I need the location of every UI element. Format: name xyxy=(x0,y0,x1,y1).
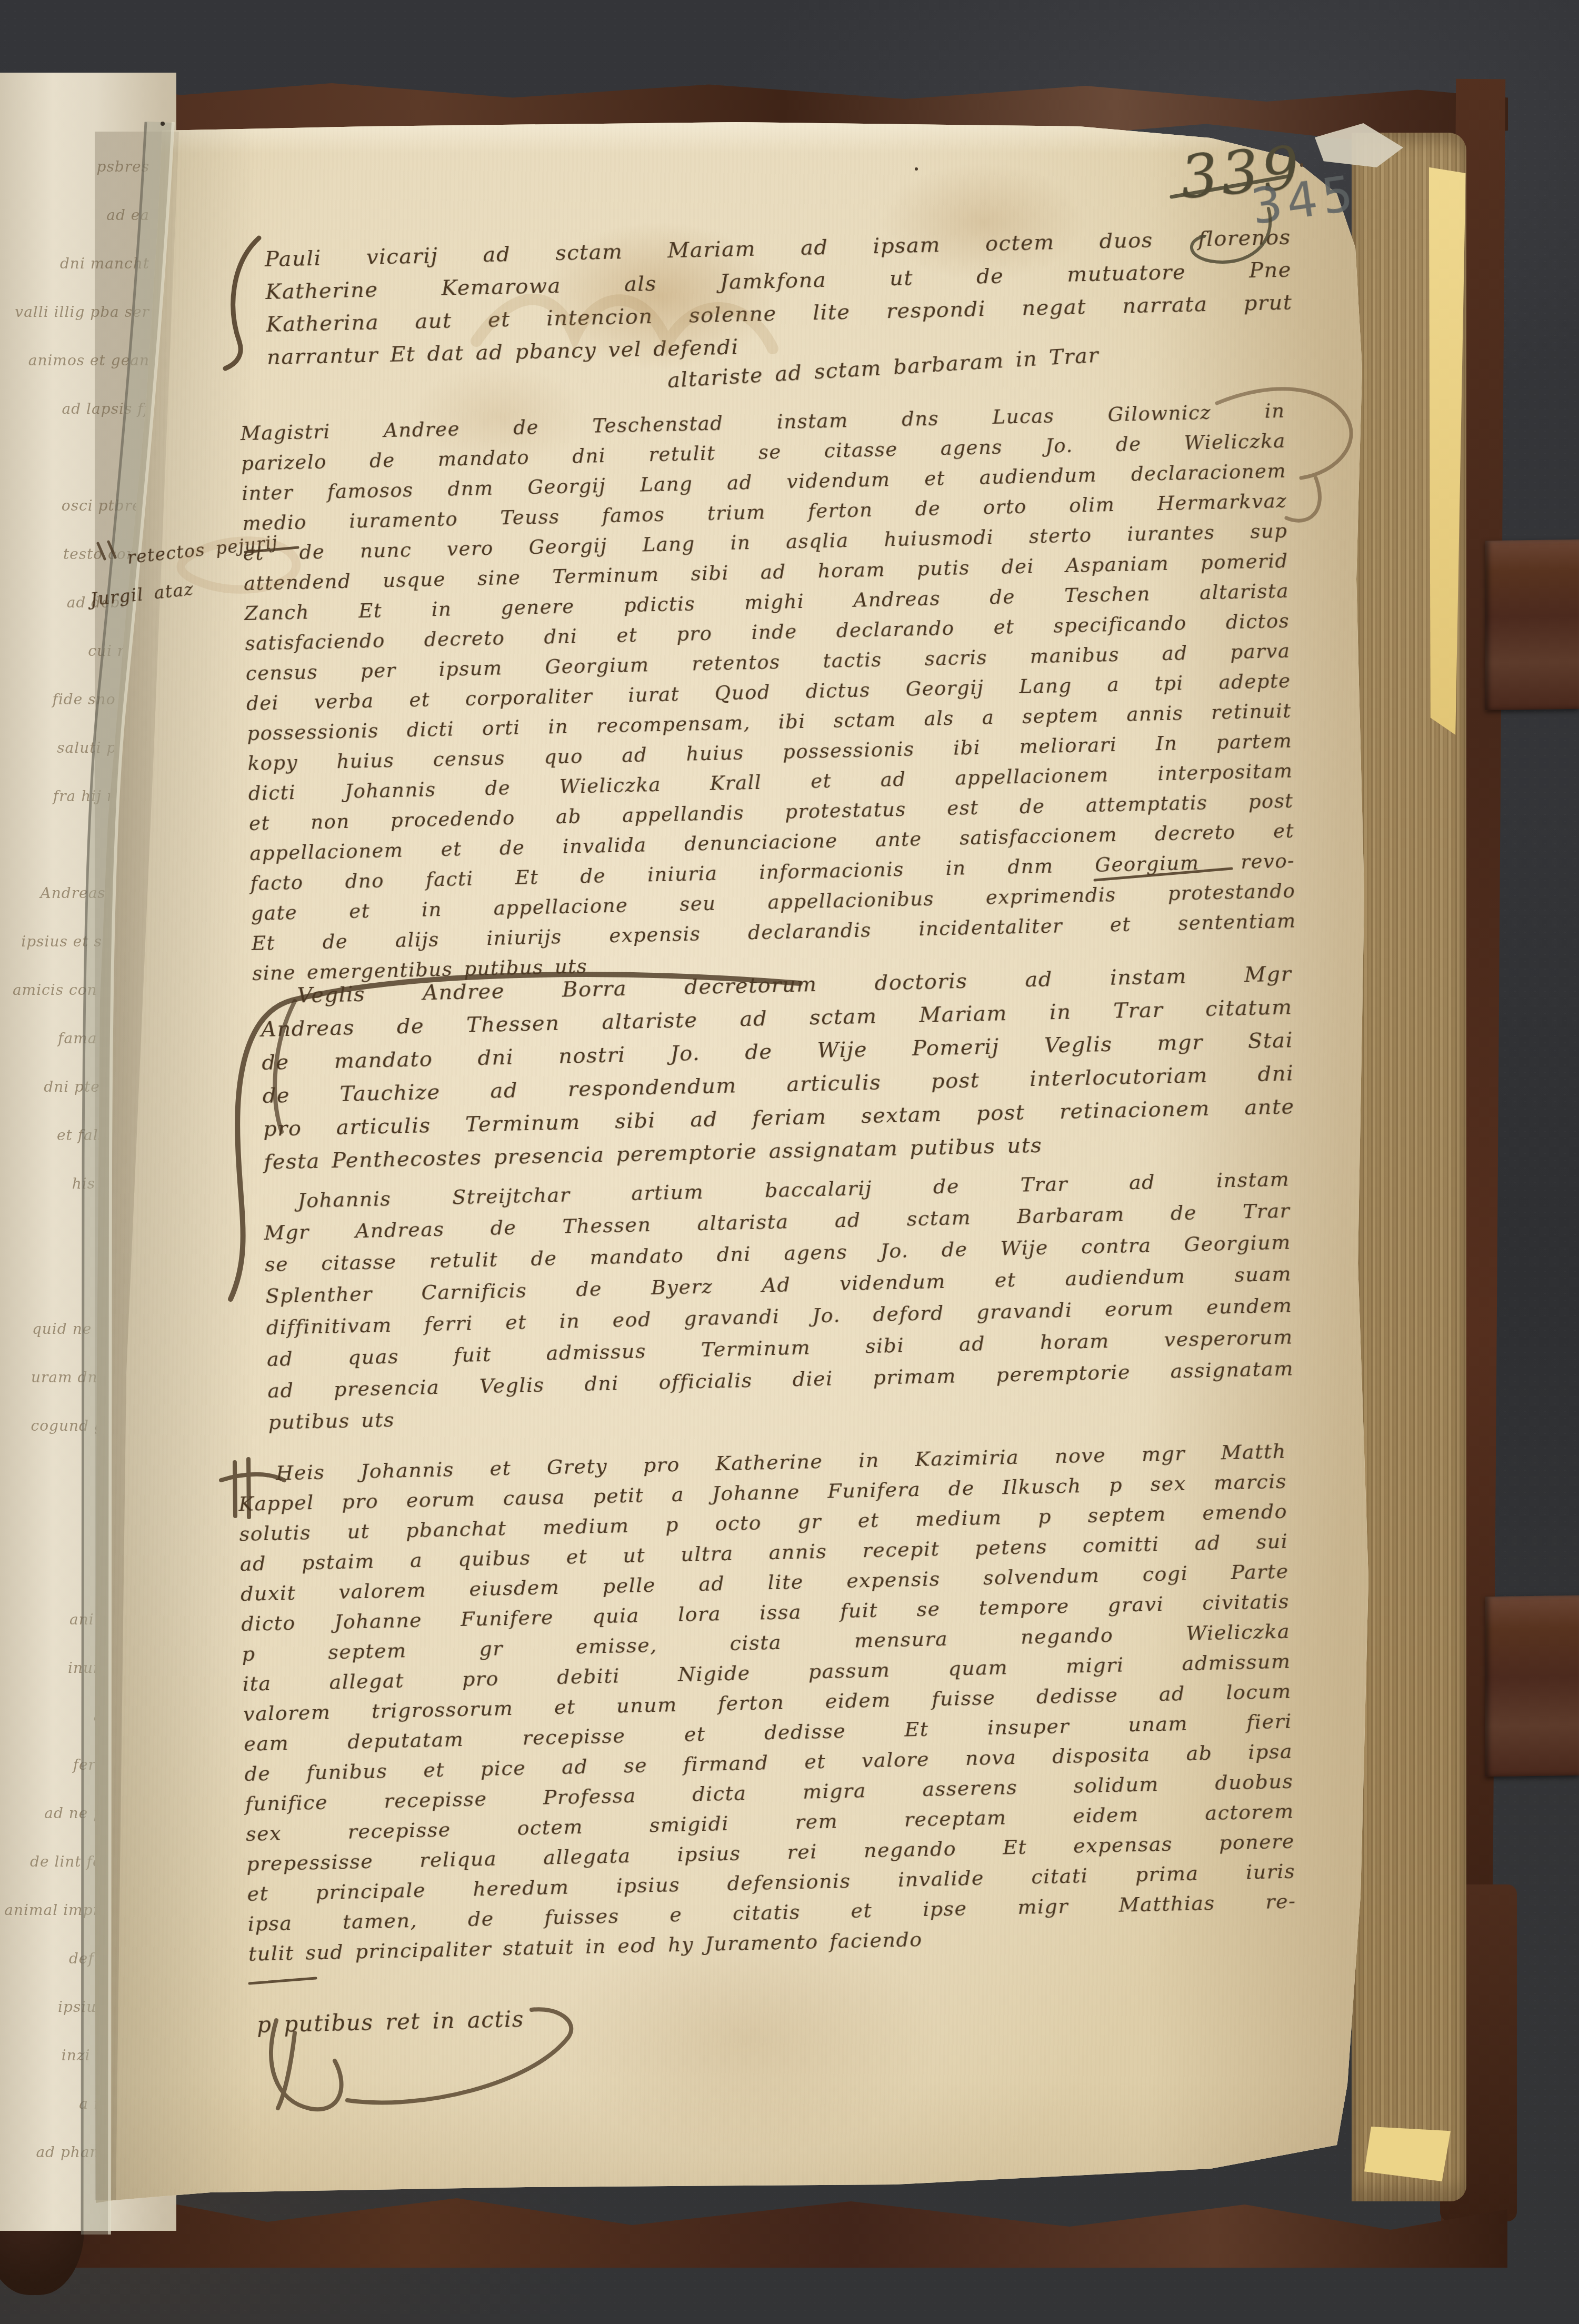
ink-speck xyxy=(1300,163,1303,167)
leather-strap-lower xyxy=(1485,1595,1579,1777)
leather-strap-upper xyxy=(1485,540,1579,710)
ink-speck xyxy=(915,167,918,171)
paragraph-entry-2: Magistri Andree de Teschenstad instam dn… xyxy=(240,396,1297,989)
paragraph-entry-1: Pauli vicarij ad sctam Mariam ad ipsam o… xyxy=(264,221,1293,373)
paragraph-entry-4: Johannis Streijtchar artium baccalarij d… xyxy=(263,1163,1295,1438)
paragraph-entry-3: Veglis Andree Borra decretorum doctoris … xyxy=(260,957,1296,1179)
ink-speck xyxy=(161,122,165,126)
yellow-insert-sheet-bottom xyxy=(1364,2127,1451,2181)
photo-scene: psbresad eadni manchtvalli illig pba ser… xyxy=(0,0,1579,2324)
paragraph-entry-5: Heis Johannis et Grety pro Katherine in … xyxy=(237,1437,1297,1969)
ink-speck xyxy=(814,472,816,474)
